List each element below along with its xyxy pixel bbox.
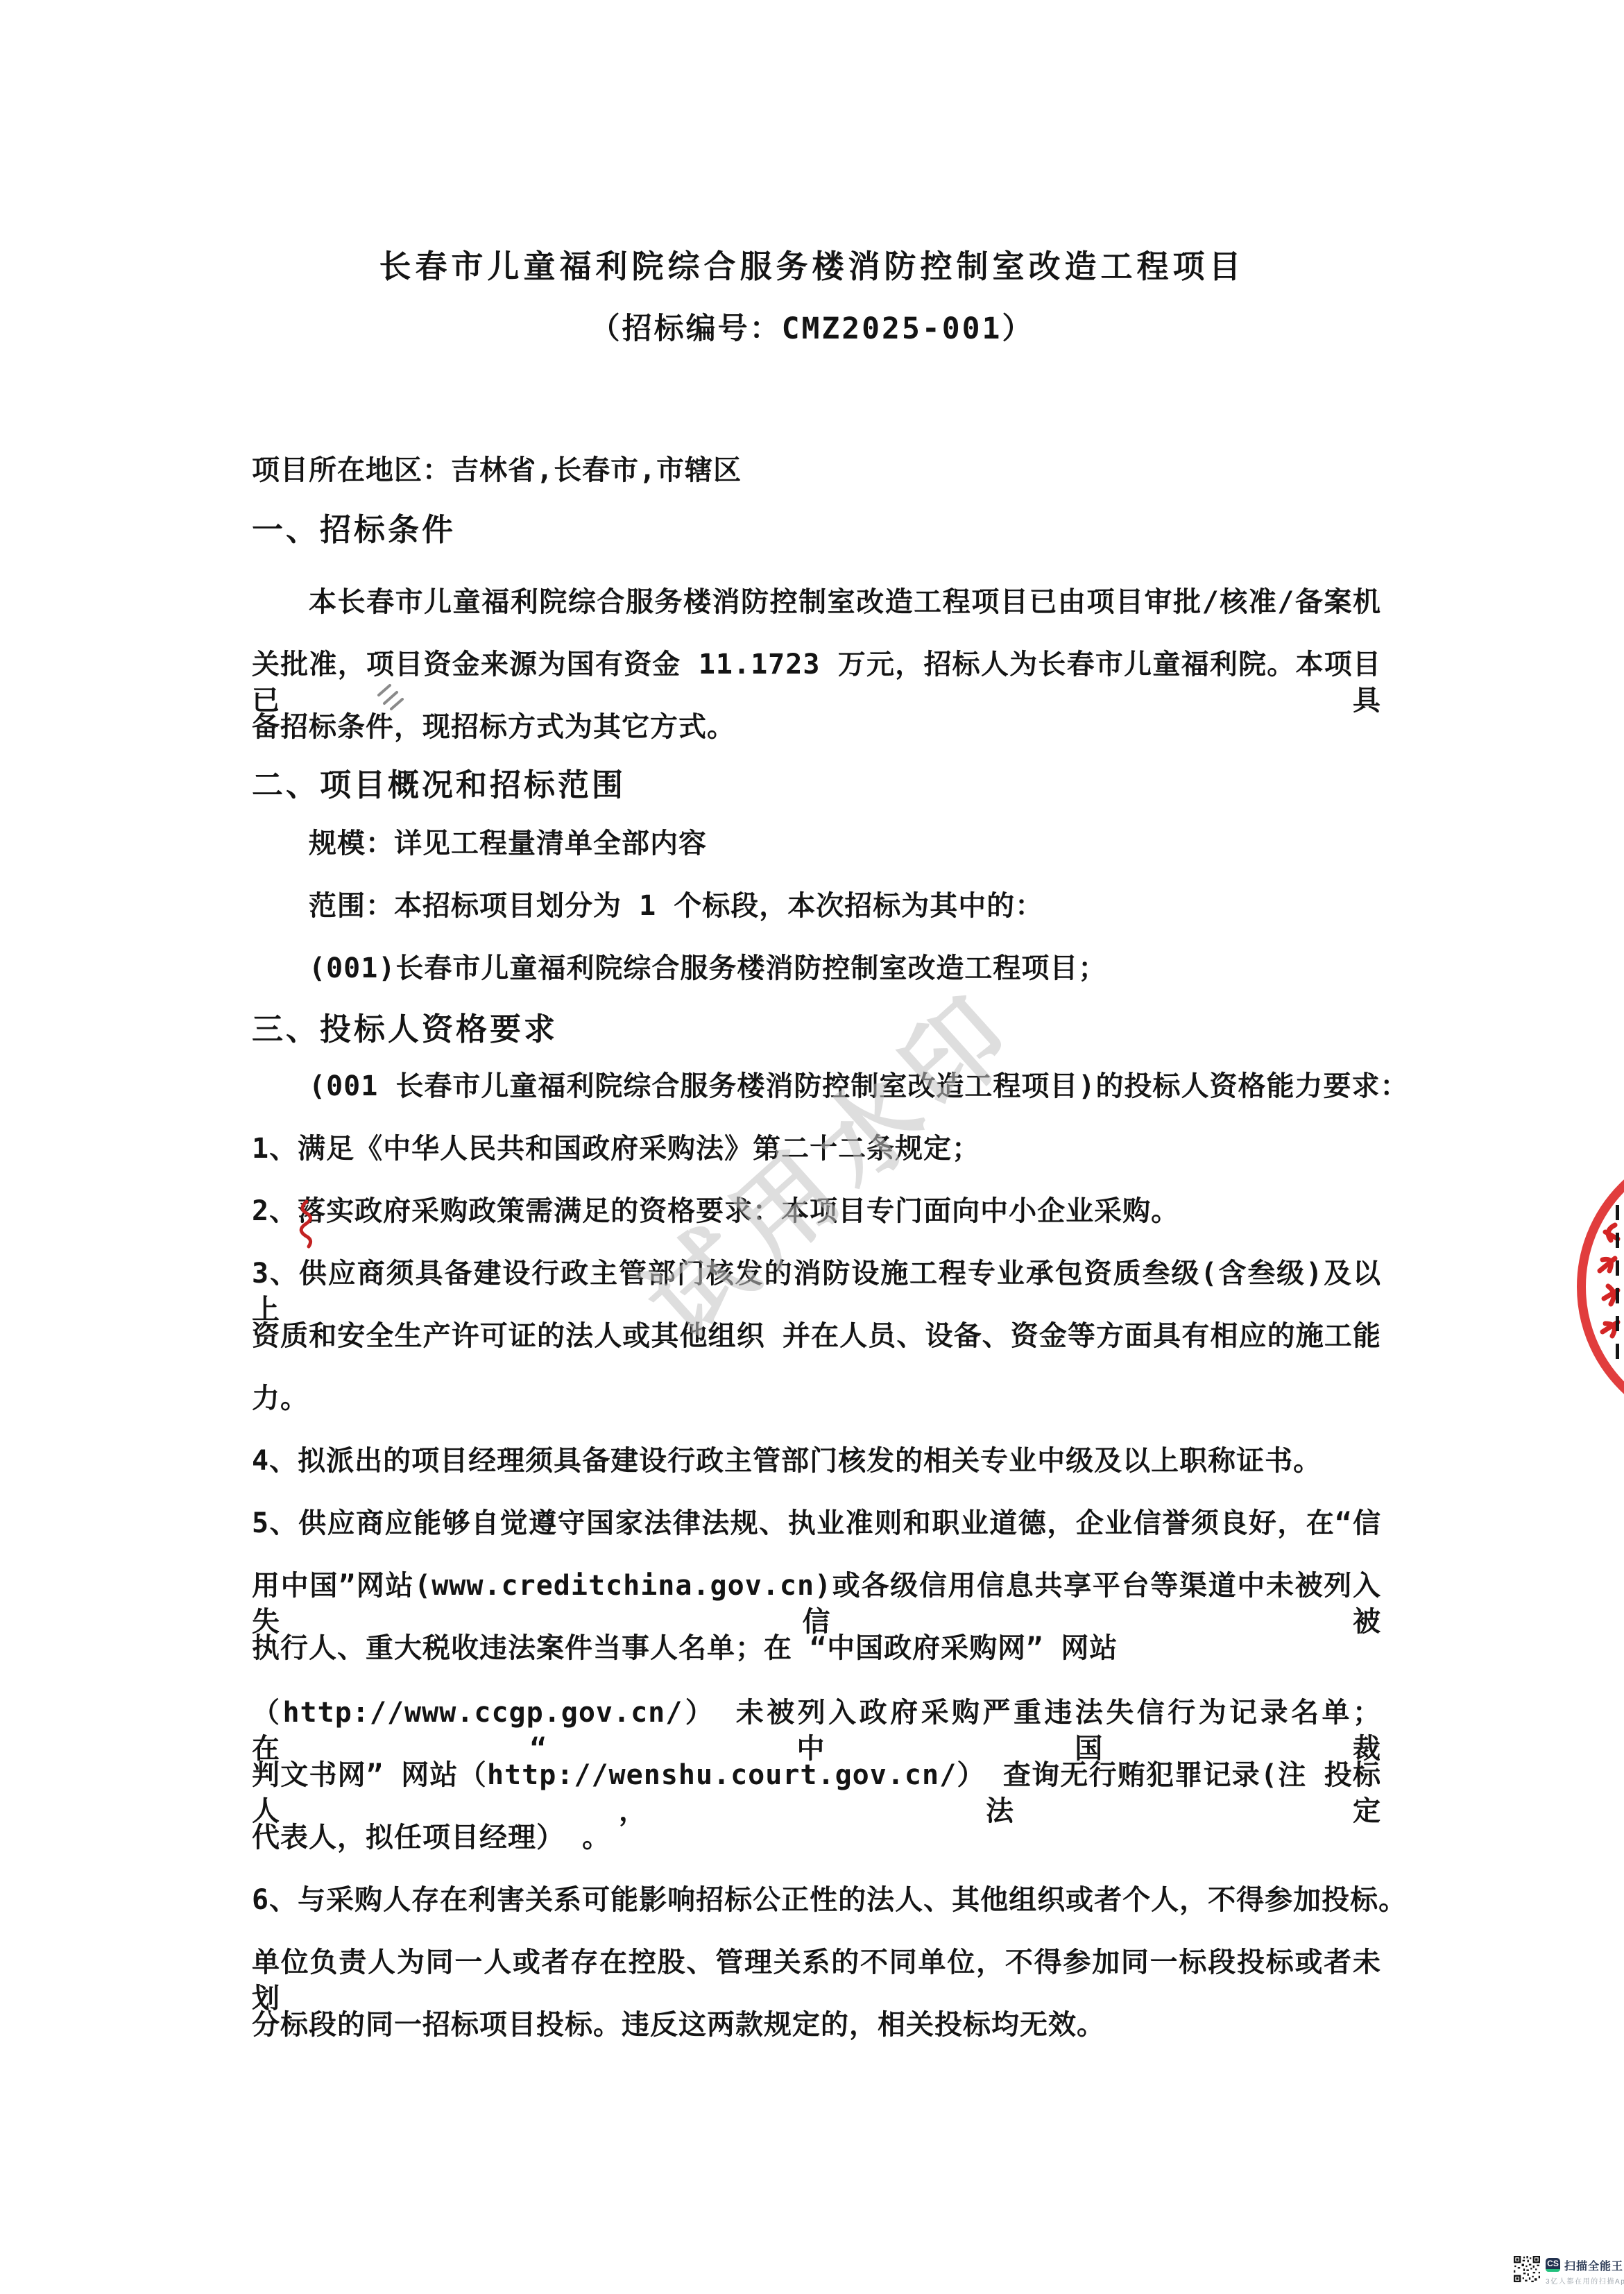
red-squiggle-mark <box>294 1199 318 1250</box>
requirement-6-line2: 单位负责人为同一人或者存在控股、管理关系的不同单位，不得参加同一标段投标或者未划 <box>252 1944 1381 2017</box>
scope-line: 范围：本招标项目划分为 1 个标段，本次招标为其中的： <box>252 888 1381 924</box>
requirement-5-line4: （http://www.ccgp.gov.cn/） 未被列入政府采购严重违法失信… <box>252 1695 1381 1767</box>
lot-001-line: (001)长春市儿童福利院综合服务楼消防控制室改造工程项目； <box>252 950 1381 986</box>
project-location-line: 项目所在地区：吉林省,长春市,市辖区 <box>252 452 1381 488</box>
qualification-intro-line: (001 长春市儿童福利院综合服务楼消防控制室改造工程项目)的投标人资格能力要求… <box>252 1068 1381 1104</box>
requirement-4-line: 4、拟派出的项目经理须具备建设行政主管部门核发的相关专业中级及以上职称证书。 <box>252 1443 1381 1479</box>
camscanner-tagline: 3亿人都在用的扫描App <box>1546 2275 1624 2286</box>
camscanner-logo-icon: CS <box>1546 2258 1560 2272</box>
pencil-scribble-mark <box>375 665 408 714</box>
requirement-5-line3: 执行人、重大税收违法案件当事人名单；在 “中国政府采购网” 网站 <box>252 1630 1381 1666</box>
requirement-5-line5: 判文书网” 网站（http://wenshu.court.gov.cn/） 查询… <box>252 1757 1381 1829</box>
requirement-5-line2: 用中国”网站(www.creditchina.gov.cn)或各级信用信息共享平… <box>252 1568 1381 1640</box>
section2-heading: 二、项目概况和招标范围 <box>252 765 1381 806</box>
requirement-3-line3: 力。 <box>252 1380 1381 1416</box>
requirement-2-line: 2、落实政府采购政策需满足的资格要求：本项目专门面向中小企业采购。 <box>252 1193 1381 1229</box>
tender-number-subtitle: （招标编号：CMZ2025-001） <box>0 305 1624 348</box>
requirement-3-line2: 资质和安全生产许可证的法人或其他组织 并在人员、设备、资金等方面具有相应的施工能 <box>252 1318 1381 1354</box>
requirement-5-line6: 代表人，拟任项目经理） 。 <box>252 1820 1381 1856</box>
section1-heading: 一、招标条件 <box>252 510 1381 551</box>
camscanner-badge: CS 扫描全能王 3亿人都在用的扫描App <box>1512 2252 1621 2288</box>
document-title: 长春市儿童福利院综合服务楼消防控制室改造工程项目 <box>0 241 1624 287</box>
requirement-1-line: 1、满足《中华人民共和国政府采购法》第二十二条规定； <box>252 1131 1381 1167</box>
requirement-6-line1: 6、与采购人存在利害关系可能影响招标公正性的法人、其他组织或者个人，不得参加投标… <box>252 1882 1381 1918</box>
scanned-tender-document-page: 长春市儿童福利院综合服务楼消防控制室改造工程项目 （招标编号：CMZ2025-0… <box>0 0 1624 2294</box>
section1-para-line3: 备招标条件，现招标方式为其它方式。 <box>252 709 1381 745</box>
qr-code-icon <box>1514 2256 1540 2282</box>
section3-heading: 三、投标人资格要求 <box>252 1009 1381 1050</box>
section1-para-line1: 本长春市儿童福利院综合服务楼消防控制室改造工程项目已由项目审批/核准/备案机 <box>252 584 1381 620</box>
section1-para-line2: 关批准，项目资金来源为国有资金 11.1723 万元，招标人为长春市儿童福利院。… <box>252 647 1381 719</box>
requirement-6-line3: 分标段的同一招标项目投标。违反这两款规定的，相关投标均无效。 <box>252 2007 1381 2043</box>
requirement-5-line1: 5、供应商应能够自觉遵守国家法律法规、执业准则和职业道德，企业信誉须良好，在“信 <box>252 1505 1381 1541</box>
seal-dashed-line <box>1616 1205 1619 1363</box>
camscanner-app-name: 扫描全能王 <box>1564 2257 1623 2273</box>
scale-line: 规模：详见工程量清单全部内容 <box>252 825 1381 862</box>
requirement-3-line1: 3、供应商须具备建设行政主管部门核发的消防设施工程专业承包资质叁级(含叁级)及以… <box>252 1256 1381 1328</box>
